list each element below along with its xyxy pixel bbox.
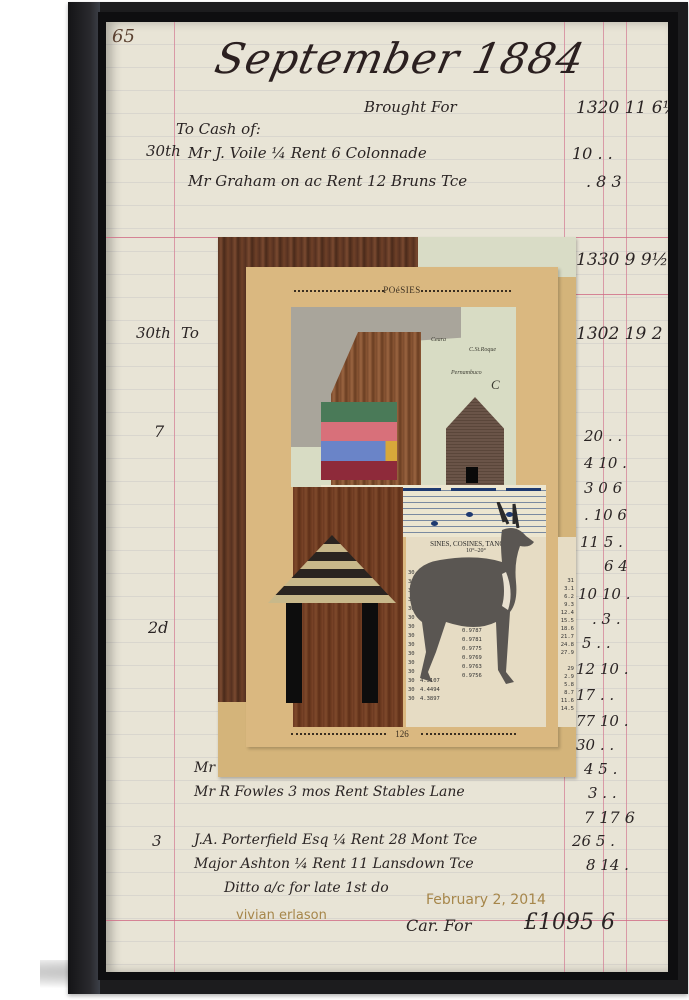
entry-text: Mr J. Voile ¼ Rent 6 Colonnade xyxy=(188,144,427,162)
column-line xyxy=(626,22,627,972)
amount: 12 10 . xyxy=(576,660,628,678)
entry-amount: . 8 3 xyxy=(586,172,622,191)
entry-text: J.A. Porterfield Esq ¼ Rent 28 Mont Tce xyxy=(194,832,477,848)
entry-amount: 8 14 . xyxy=(586,856,629,874)
stripe-pink xyxy=(321,422,397,442)
entry-text: Mr Graham on ac Rent 12 Bruns Tce xyxy=(188,172,467,190)
mid-date: 30th xyxy=(136,324,171,342)
hut-leg xyxy=(286,603,302,703)
signature-date: February 2, 2014 xyxy=(426,892,546,908)
amount: 4 10 . xyxy=(584,454,627,472)
subtotal-1: 1330 9 9½ xyxy=(576,250,668,270)
amount: 6 4 xyxy=(604,557,628,575)
side-number-table: 31 3.1 6.2 9.3 12.4 15.5 18.6 21.7 24.8 … xyxy=(558,537,576,727)
hut-leg xyxy=(362,603,378,703)
stripe-crimson xyxy=(321,461,397,481)
amount: 10 10 . xyxy=(578,585,630,603)
brought-forward-amount: 1320 11 6½ xyxy=(576,98,668,118)
ornament-line xyxy=(421,290,511,294)
antelope-icon xyxy=(406,502,546,692)
color-stripes-block xyxy=(321,402,397,480)
rule-line xyxy=(566,294,668,295)
column-line xyxy=(603,22,604,972)
entry-amount: 4 5 . xyxy=(584,760,617,778)
carried-forward-amount: £1095 6 xyxy=(524,910,615,935)
mid-text: To xyxy=(181,324,199,342)
amount: 17 . . xyxy=(576,686,614,704)
page-number: 65 xyxy=(112,26,135,47)
amount: 20 . . xyxy=(584,427,622,445)
margin-line xyxy=(174,22,175,972)
amount: . 10 6 xyxy=(584,506,627,524)
entry-amount: 26 5 . xyxy=(572,832,615,850)
frame-side xyxy=(68,2,100,994)
entry-text: Major Ashton ¼ Rent 11 Lansdown Tce xyxy=(194,856,474,872)
entry-date: 3 xyxy=(152,832,162,850)
book-page: POéSIES Ceara C.St.Roque Pernambuco C xyxy=(246,267,558,747)
carried-forward-label: Car. For xyxy=(406,916,471,935)
ledger-title: September 1884 xyxy=(211,34,590,83)
wood-panel xyxy=(293,487,403,727)
note-beam xyxy=(506,488,541,491)
entry-date: 30th xyxy=(146,142,181,160)
ornament-line xyxy=(291,733,386,737)
artist-signature: vivian erlason xyxy=(236,908,327,923)
margin-number: 7 xyxy=(154,422,164,441)
amount: 30 . . xyxy=(576,736,614,754)
entry-amount: 10 . . xyxy=(572,144,613,163)
collage: POéSIES Ceara C.St.Roque Pernambuco C xyxy=(218,237,576,777)
margin-number: 2d xyxy=(148,618,168,637)
ornament-line xyxy=(421,733,516,737)
entry-text: Ditto a/c for late 1st do xyxy=(224,880,389,896)
stripe-green xyxy=(321,402,397,422)
entry-text: Mr R Fowles 3 mos Rent Stables Lane xyxy=(194,784,465,800)
map-label: Ceara xyxy=(431,337,446,343)
amount: 11 5 . xyxy=(580,533,623,551)
amount: 5 . . xyxy=(582,634,611,652)
page-header: POéSIES xyxy=(246,285,558,295)
subtotal-2: 1302 19 2 xyxy=(576,324,663,344)
map-label: C.St.Roque xyxy=(469,347,496,353)
map-label: C xyxy=(491,377,500,393)
hut-door xyxy=(466,467,478,483)
amount: 3 0 6 xyxy=(584,479,622,497)
entry-amount: 3 . . xyxy=(588,784,617,802)
ledger-heading: To Cash of: xyxy=(176,120,261,138)
brought-forward-label: Brought For xyxy=(364,98,457,116)
entry-amount: 7 17 6 xyxy=(584,808,635,827)
amount: . 3 . xyxy=(592,610,621,628)
map-label: Pernambuco xyxy=(451,370,482,376)
amount: 77 10 . xyxy=(576,712,628,730)
note-beam xyxy=(451,488,496,491)
stripe-blue xyxy=(321,441,397,461)
